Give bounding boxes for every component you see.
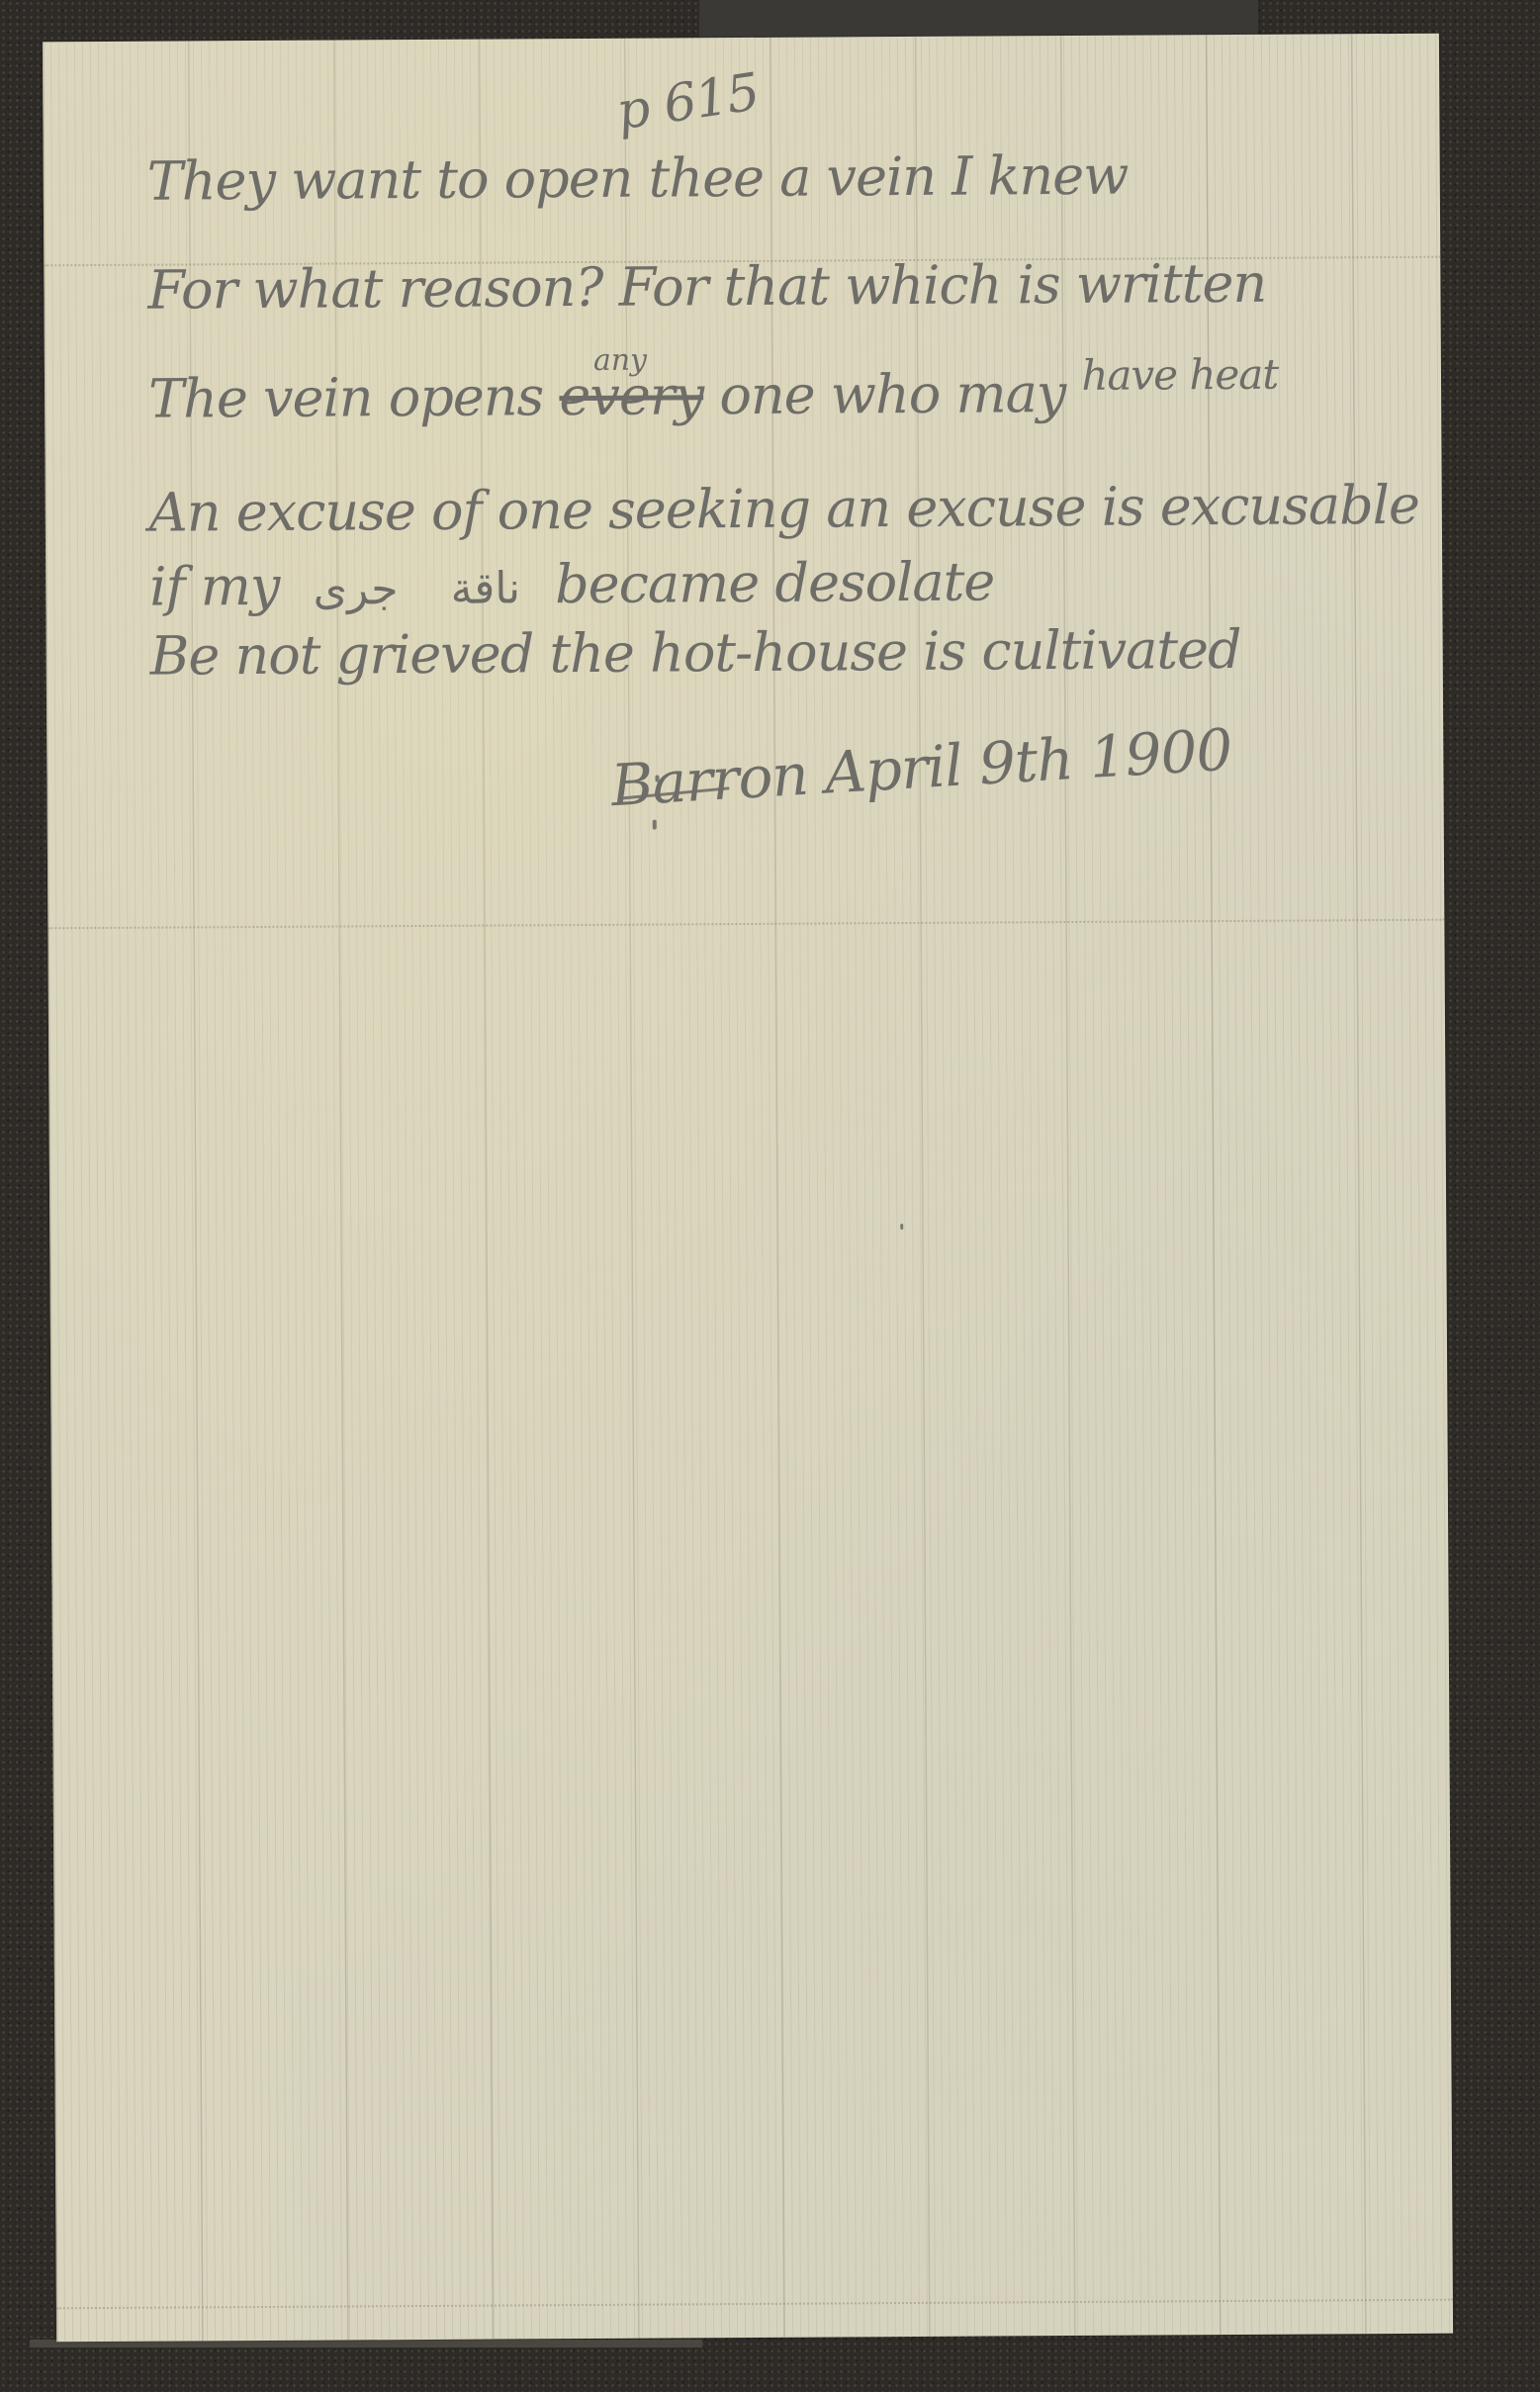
arabic-word-2: جرى	[313, 564, 398, 615]
line-3-middle: one who may	[719, 362, 1065, 426]
struck-word: every	[559, 364, 703, 427]
line-5-end: became desolate	[555, 550, 995, 615]
arabic-word-1: ناقة	[451, 563, 521, 613]
manuscript-line-6: Be not grieved the hot-house is cultivat…	[150, 618, 1241, 688]
manuscript-page: p 615 They want to open thee a vein I kn…	[43, 34, 1453, 2343]
manuscript-line-3: The vein opens every one who may have he…	[148, 361, 1279, 430]
line-3-start: The vein opens	[148, 365, 544, 429]
manuscript-line-1: They want to open thee a vein I knew	[147, 144, 1129, 213]
signature-date: Barron April 9th 1900	[609, 716, 1233, 820]
scanner-mount-strip	[699, 0, 1258, 40]
line-3-superscript: have heat	[1081, 350, 1278, 400]
manuscript-line-5: if my ناقة جرى became desolate	[149, 550, 994, 617]
pencil-mark	[900, 1224, 903, 1230]
manuscript-line-4: An excuse of one seeking an excuse is ex…	[149, 474, 1419, 544]
faint-horizontal-rule	[47, 919, 1444, 930]
manuscript-line-2: For what reason? For that which is writt…	[147, 252, 1266, 322]
pencil-dot	[653, 820, 657, 830]
page-reference: p 615	[613, 62, 763, 141]
line-5-start: if my	[149, 555, 280, 618]
faint-horizontal-rule	[56, 2299, 1453, 2310]
